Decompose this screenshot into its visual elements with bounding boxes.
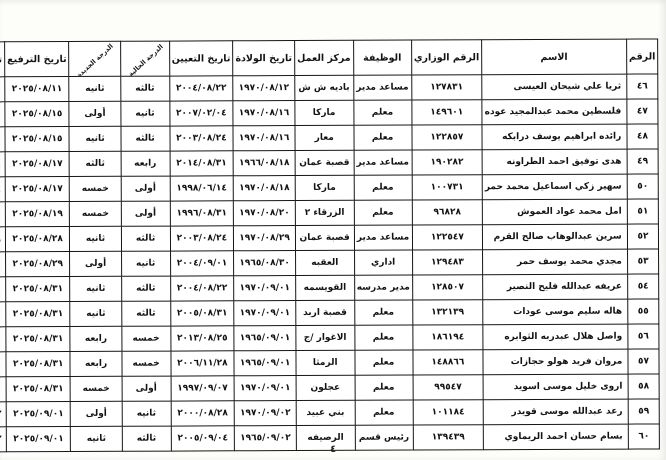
column-header-hire-date: تاريخ التعيين bbox=[169, 41, 233, 76]
cell-work-center: ماركا bbox=[295, 100, 354, 125]
cell-promotion-date: ٢٠٢٥/٠٨/١٥ bbox=[5, 102, 70, 127]
column-header-birth-date: تاريخ الولادة bbox=[233, 41, 295, 76]
cell-ministry-no: ١٠٠٧٣١ bbox=[412, 175, 483, 200]
cell-promotion-date: ٢٠٢٥/٠٨/١٩ bbox=[5, 202, 70, 227]
cell-birth-date: ١٩٦٥/٠٩/٠٢ bbox=[234, 426, 296, 451]
cell-work-center: بني عبيد bbox=[296, 400, 355, 425]
cell-ministry-no: ١٣٩٤٣٩ bbox=[413, 425, 484, 450]
cell-work-center: الرصيفه bbox=[296, 425, 355, 450]
cell-grade-current: رابعه bbox=[121, 151, 170, 176]
table-row: ٥٠سهير زكي اسماعيل محمد حمر١٠٠٧٣١معلممار… bbox=[0, 174, 658, 202]
column-header-grade-current: الدرجة الحالية bbox=[120, 41, 169, 76]
cell-promotion-date: ٢٠٢٥/٠٩/٠١ bbox=[6, 427, 71, 452]
cell-ministry-no: ١٢٧٨٣١ bbox=[411, 75, 482, 100]
cell-hire-date: ٢٠٠٣/٠٨/٢٤ bbox=[169, 126, 233, 151]
cell-hire-date: ٢٠٠٤/٠٩/٠١ bbox=[170, 251, 234, 276]
cell-grade-current: ثانيه bbox=[121, 251, 170, 276]
cell-grade-new: ثانيه bbox=[69, 76, 120, 101]
cell-grade-new: ثانيه bbox=[70, 226, 121, 251]
cell-num: ٥١ bbox=[627, 199, 659, 224]
cell-promotion-date: ٢٠٢٥/٠٨/٣١ bbox=[6, 352, 71, 377]
cell-ministry-no: ١٢٢٥٤٧ bbox=[412, 225, 483, 250]
cell-num: ٥٤ bbox=[627, 274, 659, 299]
cell-job: معلم bbox=[354, 200, 412, 225]
cell-promotion-date: ٢٠٢٥/٠٨/٣١ bbox=[6, 377, 71, 402]
cell-hire-date: ١٩٩٨/٠٦/١٤ bbox=[170, 176, 234, 201]
cell-grade-current: خمسه bbox=[121, 326, 170, 351]
cell-num: ٥٣ bbox=[627, 249, 659, 274]
cell-end-date: ٢٠٢٥/٠٨/٣٠ bbox=[0, 252, 5, 277]
cell-ministry-no: ١٠١١٨٤ bbox=[413, 400, 484, 425]
cell-work-center: معار bbox=[295, 125, 354, 150]
cell-ministry-no: ٩٩٥٤٧ bbox=[413, 375, 484, 400]
cell-birth-date: ١٩٦٥/٠٨/٣٠ bbox=[234, 251, 296, 276]
column-header-num: الرقم bbox=[626, 39, 658, 74]
cell-promotion-date: ٢٠٢٥/٠٨/١٥ bbox=[5, 127, 70, 152]
cell-grade-current: أولى bbox=[122, 376, 171, 401]
cell-job: معلم bbox=[354, 375, 412, 400]
cell-hire-date: ١٩٩٧/٠٩/٠٧ bbox=[170, 376, 234, 401]
cell-promotion-date: ٢٠٢٥/٠٨/١١ bbox=[4, 77, 69, 102]
cell-name: مجدي محمد يوسف حمر bbox=[482, 249, 627, 275]
table-header: الرقمالاسمالرقم الوزاريالوظيفةمركز العمل… bbox=[0, 39, 658, 77]
cell-hire-date: ٢٠٠٤/٠٨/٢٢ bbox=[169, 76, 233, 101]
cell-grade-current: ثانيه bbox=[120, 101, 169, 126]
cell-birth-date: ١٩٦٥/٠٩/٠١ bbox=[234, 351, 296, 376]
cell-name: امل محمد عواد العموش bbox=[482, 199, 627, 225]
cell-work-center: باديه ش ش bbox=[294, 75, 353, 100]
cell-grade-new: أولى bbox=[70, 251, 121, 276]
header-row: الرقمالاسمالرقم الوزاريالوظيفةمركز العمل… bbox=[0, 39, 658, 77]
cell-num: ٤٧ bbox=[626, 99, 658, 124]
cell-num: ٥٢ bbox=[627, 224, 659, 249]
cell-num: ٥٩ bbox=[628, 399, 660, 424]
diagonal-header-label: الدرجة الحالية bbox=[126, 42, 164, 76]
column-header-promotion-date: تاريخ الترفيع bbox=[4, 42, 69, 77]
cell-job: معلم bbox=[354, 300, 412, 325]
cell-promotion-date: ٢٠٢٥/٠٩/٠١ bbox=[6, 402, 71, 427]
cell-name: اروى خليل موسى اسويد bbox=[483, 374, 628, 400]
cell-name: ثريا علي شيحان العيسى bbox=[482, 74, 627, 100]
cell-end-date: ٢٠٢٥/٠٩/٠١ bbox=[0, 277, 5, 302]
cell-end-date: ٢٠٢٥/٠٩/٠٢ bbox=[0, 427, 6, 452]
cell-num: ٥٦ bbox=[627, 324, 659, 349]
column-header-work-center: مركز العمل bbox=[294, 40, 353, 75]
column-header-end-date: تاريخ الانهاء bbox=[0, 42, 4, 77]
cell-grade-new: ثانيه bbox=[71, 426, 122, 451]
cell-job: مدير مدرسه bbox=[354, 275, 412, 300]
cell-num: ٤٩ bbox=[627, 149, 659, 174]
cell-name: هاله سليم موسى عودات bbox=[483, 299, 628, 325]
scanned-document-page: الرقمالاسمالرقم الوزاريالوظيفةمركز العمل… bbox=[0, 0, 666, 460]
cell-promotion-date: ٢٠٢٥/٠٨/٣١ bbox=[6, 327, 71, 352]
table-row: ٥٨اروى خليل موسى اسويد٩٩٥٤٧معلمعجلون١٩٧٠… bbox=[0, 374, 659, 402]
cell-name: سرين عبدالوهاب صالح القرم bbox=[482, 224, 627, 250]
cell-grade-new: أولى bbox=[69, 101, 120, 126]
table-row: ٤٩هدى توفيق احمد الطراونه١٩٠٢٨٢مساعد مدي… bbox=[0, 149, 658, 177]
cell-grade-new: ثانيه bbox=[69, 126, 120, 151]
cell-promotion-date: ٢٠٢٥/٠٨/٢٩ bbox=[5, 252, 70, 277]
cell-grade-new: ثانيه bbox=[70, 276, 121, 301]
cell-job: معلم bbox=[353, 175, 411, 200]
cell-birth-date: ١٩٦٥/٠٩/٠١ bbox=[234, 326, 296, 351]
column-header-name: الاسم bbox=[481, 39, 626, 75]
cell-grade-current: ثانيه bbox=[122, 401, 171, 426]
cell-job: مساعد مدير bbox=[354, 225, 412, 250]
cell-grade-current: ثالثه bbox=[120, 126, 169, 151]
employee-roster-table: الرقمالاسمالرقم الوزاريالوظيفةمركز العمل… bbox=[0, 38, 660, 452]
cell-ministry-no: ٩٦٨٢٨ bbox=[412, 200, 483, 225]
cell-ministry-no: ١٤٨٨٦٦ bbox=[412, 350, 483, 375]
cell-ministry-no: ١٨٦١٩٤ bbox=[412, 325, 483, 350]
cell-grade-current: ثالثه bbox=[121, 226, 170, 251]
cell-job: معلم bbox=[353, 125, 411, 150]
cell-grade-new: خمسه bbox=[70, 201, 121, 226]
cell-end-date: ٢٠٢٥/٠٨/١٦ bbox=[0, 102, 5, 127]
cell-grade-new: خمسه bbox=[69, 176, 120, 201]
cell-num: ٥٠ bbox=[627, 174, 659, 199]
cell-work-center: الزرقاء ٢ bbox=[295, 200, 354, 225]
cell-birth-date: ١٩٧٠/٠٨/٢٩ bbox=[233, 226, 295, 251]
diagonal-header-label: الدرجة الجديدة bbox=[75, 42, 115, 77]
cell-name: عريفه عبدالله فليح النصير bbox=[482, 274, 627, 300]
cell-work-center: العقبه bbox=[295, 250, 354, 275]
cell-grade-current: ثالثه bbox=[122, 426, 171, 451]
cell-name: سهير زكي اسماعيل محمد حمر bbox=[482, 174, 627, 200]
cell-hire-date: ٢٠٠٠/٠٨/٢٨ bbox=[171, 401, 235, 426]
cell-job: رئيس قسم bbox=[355, 425, 413, 450]
cell-hire-date: ٢٠٠٥/٠٨/٣١ bbox=[170, 301, 234, 326]
table-row: ٥٤عريفه عبدالله فليح النصير١٢٨٥٠٧مدير مد… bbox=[0, 274, 659, 302]
cell-name: فلسطين محمد عبدالمجيد عوده bbox=[482, 99, 627, 125]
cell-num: ٤٨ bbox=[627, 124, 659, 149]
cell-end-date: ٢٠٢٥/٠٨/١٢ bbox=[0, 77, 5, 102]
cell-ministry-no: ١٢٨٥٠٧ bbox=[412, 275, 483, 300]
cell-end-date: ٢٠٢٥/٠٨/١٨ bbox=[0, 177, 5, 202]
cell-grade-new: ثانيه bbox=[70, 301, 121, 326]
cell-grade-current: خمسه bbox=[121, 351, 170, 376]
cell-hire-date: ٢٠٠٦/١١/٢٨ bbox=[170, 351, 234, 376]
table-row: ٥٣مجدي محمد يوسف حمر١٢٩٤٨٣اداريالعقبه١٩٦… bbox=[0, 249, 659, 277]
cell-grade-new: خمسه bbox=[70, 376, 121, 401]
cell-work-center: الرمثا bbox=[296, 350, 355, 375]
table-row: ٤٦ثريا علي شيحان العيسى١٢٧٨٣١مساعد مديرب… bbox=[0, 74, 658, 102]
table-row: ٥٩رعد عبدالله موسى قويدر١٠١١٨٤معلمبني عب… bbox=[0, 399, 659, 427]
cell-work-center: القويسمه bbox=[295, 275, 354, 300]
cell-job: معلم bbox=[354, 400, 412, 425]
cell-work-center: ماركا bbox=[295, 175, 354, 200]
cell-birth-date: ١٩٧٠/٠٩/٠١ bbox=[234, 376, 296, 401]
cell-hire-date: ٢٠٠٥/٠٩/٠٤ bbox=[171, 426, 235, 451]
cell-birth-date: ١٩٧٠/٠٨/١٦ bbox=[233, 101, 295, 126]
cell-ministry-no: ١٤٩٦٠١ bbox=[411, 100, 482, 125]
cell-work-center: قصبة اربد bbox=[295, 300, 354, 325]
cell-ministry-no: ١٣٢١٣٩ bbox=[412, 300, 483, 325]
cell-num: ٥٨ bbox=[628, 374, 660, 399]
cell-promotion-date: ٢٠٢٥/٠٨/١٧ bbox=[5, 152, 70, 177]
cell-hire-date: ٢٠١٣/٠٨/٢٥ bbox=[170, 326, 234, 351]
cell-ministry-no: ١٢٩٤٨٣ bbox=[412, 250, 483, 275]
cell-grade-current: ثالثه bbox=[120, 76, 169, 101]
table-row: ٤٧فلسطين محمد عبدالمجيد عوده١٤٩٦٠١معلمما… bbox=[0, 99, 658, 127]
column-header-job: الوظيفة bbox=[353, 40, 411, 75]
cell-promotion-date: ٢٠٢٥/٠٨/٣١ bbox=[5, 277, 70, 302]
cell-birth-date: ١٩٧٠/٠٨/١٢ bbox=[233, 76, 295, 101]
cell-name: رعد عبدالله موسى قويدر bbox=[483, 399, 628, 425]
cell-end-date: ٢٠٢٥/٠٩/٠١ bbox=[0, 352, 6, 377]
cell-birth-date: ١٩٧٠/٠٨/٢٠ bbox=[233, 201, 295, 226]
cell-job: معلم bbox=[354, 350, 412, 375]
cell-ministry-no: ١٢٢٨٥٧ bbox=[411, 125, 482, 150]
cell-num: ٦٠ bbox=[628, 424, 660, 449]
cell-num: ٥٧ bbox=[628, 349, 660, 374]
cell-end-date: ٢٠٢٥/٠٩/٠٢ bbox=[0, 402, 6, 427]
cell-birth-date: ١٩٧٠/٠٩/٠٢ bbox=[234, 401, 296, 426]
table-row: ٥٥هاله سليم موسى عودات١٣٢١٣٩معلمقصبة ارب… bbox=[0, 299, 659, 327]
table-body: ٤٦ثريا علي شيحان العيسى١٢٧٨٣١مساعد مديرب… bbox=[0, 74, 659, 452]
cell-birth-date: ١٩٧٠/٠٨/١٦ bbox=[233, 126, 295, 151]
cell-job: مساعد مدير bbox=[353, 75, 411, 100]
cell-name: رائده ابراهيم يوسف درابكه bbox=[482, 124, 627, 150]
cell-num: ٤٦ bbox=[626, 74, 658, 99]
cell-end-date: ٢٠٢٥/٠٨/٢٩ bbox=[0, 227, 5, 252]
table-row: ٥٧مروان فريد هولو حجازات١٤٨٨٦٦معلمالرمثا… bbox=[0, 349, 659, 377]
cell-grade-current: أولى bbox=[121, 201, 170, 226]
cell-grade-new: رابعه bbox=[70, 326, 121, 351]
cell-name: مروان فريد هولو حجازات bbox=[483, 349, 628, 375]
cell-end-date: ٢٠٢٥/٠٨/٢٠ bbox=[0, 202, 5, 227]
cell-job: معلم bbox=[353, 100, 411, 125]
cell-hire-date: ١٩٩٦/٠٨/٣١ bbox=[170, 201, 234, 226]
cell-ministry-no: ١٩٠٢٨٢ bbox=[412, 150, 483, 175]
cell-promotion-date: ٢٠٢٥/٠٨/٢٨ bbox=[5, 227, 70, 252]
cell-work-center: الاغوار /ج bbox=[296, 325, 355, 350]
table-row: ٥٦واصل هلال عبدربه الثوابره١٨٦١٩٤معلمالا… bbox=[0, 324, 659, 352]
cell-name: بسام حسان احمد الريماوي bbox=[483, 424, 628, 450]
cell-job: اداري bbox=[354, 250, 412, 275]
table-row: ٥٢سرين عبدالوهاب صالح القرم١٢٢٥٤٧مساعد م… bbox=[0, 224, 659, 252]
cell-work-center: عجلون bbox=[296, 375, 355, 400]
cell-end-date: ٢٠٢٥/٠٨/١٨ bbox=[0, 152, 5, 177]
cell-work-center: قصبة عمان bbox=[295, 225, 354, 250]
cell-work-center: قصبة عمان bbox=[295, 150, 354, 175]
cell-end-date: ٢٠٢٥/٠٩/٠١ bbox=[0, 327, 6, 352]
cell-job: معلم bbox=[354, 325, 412, 350]
cell-hire-date: ٢٠٠٤/٠٨/٢٢ bbox=[170, 276, 234, 301]
column-header-ministry-no: الرقم الوزاري bbox=[411, 40, 482, 75]
cell-hire-date: ٢٠٠٣/٠٨/٢٤ bbox=[170, 226, 234, 251]
cell-grade-current: ثالثه bbox=[121, 276, 170, 301]
cell-end-date: ٢٠٢٥/٠٩/٠١ bbox=[0, 302, 6, 327]
page-number: ٤ bbox=[330, 444, 336, 455]
table-row: ٥١امل محمد عواد العموش٩٦٨٢٨معلمالزرقاء ٢… bbox=[0, 199, 658, 227]
cell-hire-date: ٢٠١٤/٠٨/٣١ bbox=[169, 151, 233, 176]
cell-birth-date: ١٩٧٠/٠٩/٠١ bbox=[234, 276, 296, 301]
cell-birth-date: ١٩٧٠/٠٨/١٨ bbox=[233, 176, 295, 201]
cell-job: مساعد مدير bbox=[353, 150, 411, 175]
cell-grade-new: ثالثه bbox=[69, 151, 120, 176]
cell-grade-new: رابعه bbox=[70, 351, 121, 376]
cell-grade-new: أولى bbox=[70, 401, 121, 426]
cell-birth-date: ١٩٦٦/٠٨/١٨ bbox=[233, 151, 295, 176]
cell-num: ٥٥ bbox=[627, 299, 659, 324]
cell-name: واصل هلال عبدربه الثوابره bbox=[483, 324, 628, 350]
cell-hire-date: ٢٠٠٧/٠٢/٠٤ bbox=[169, 101, 233, 126]
cell-birth-date: ١٩٧٠/٠٩/٠١ bbox=[234, 301, 296, 326]
cell-end-date: ٢٠٢٥/٠٨/١٦ bbox=[0, 127, 5, 152]
cell-promotion-date: ٢٠٢٥/٠٨/٣١ bbox=[5, 302, 70, 327]
column-header-grade-new: الدرجة الجديدة bbox=[69, 41, 120, 76]
cell-grade-current: ثالثه bbox=[121, 301, 170, 326]
cell-promotion-date: ٢٠٢٥/٠٨/١٧ bbox=[5, 177, 70, 202]
cell-end-date: ٢٠٢٥/٠٩/٠١ bbox=[0, 377, 6, 402]
cell-grade-current: أولى bbox=[121, 176, 170, 201]
cell-name: هدى توفيق احمد الطراونه bbox=[482, 149, 627, 175]
table-row: ٤٨رائده ابراهيم يوسف درابكه١٢٢٨٥٧معلممعا… bbox=[0, 124, 658, 152]
